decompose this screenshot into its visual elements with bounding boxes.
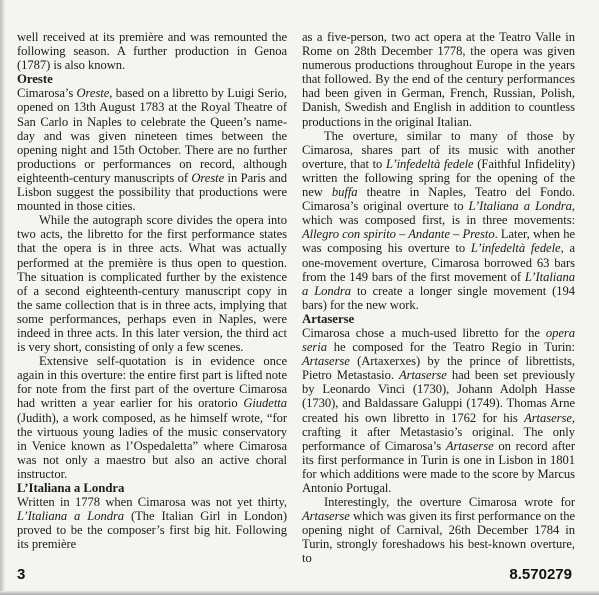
work-title: Giudetta	[243, 396, 287, 410]
text: Cimarosa chose a much-used libretto for …	[302, 326, 546, 340]
right-column: as a five-person, two act opera at the T…	[302, 30, 575, 566]
paragraph: While the autograph score divides the op…	[17, 213, 287, 354]
text: Interestingly, the overture Cimarosa wro…	[324, 495, 575, 509]
section-artaserse: Artaserse Cimarosa chose a much-used lib…	[302, 312, 575, 566]
work-title: Oreste	[191, 171, 224, 185]
section-heading-italiana: L’Italiana a Londra	[17, 481, 287, 495]
work-title: L’infedeltà fedele	[471, 241, 561, 255]
text: Written in 1778 when Cimarosa was not ye…	[17, 495, 287, 509]
paragraph: The overture, similar to many of those b…	[302, 129, 575, 312]
page-edge-shadow-left	[0, 0, 5, 595]
work-title: Artaserse	[302, 509, 350, 523]
work-title: Artaserse	[302, 354, 350, 368]
section-heading-artaserse: Artaserse	[302, 312, 575, 326]
section-italiana-a-londra: L’Italiana a Londra Written in 1778 when…	[17, 481, 287, 551]
paragraph: Written in 1778 when Cimarosa was not ye…	[17, 495, 287, 551]
term: buffa	[332, 185, 358, 199]
work-title: L’Italiana a Londra	[17, 509, 124, 523]
text: he composed for the Teatro Regio in Turi…	[327, 340, 575, 354]
paragraph: Interestingly, the overture Cimarosa wro…	[302, 495, 575, 565]
page-number: 3	[17, 566, 25, 583]
section-heading-oreste: Oreste	[17, 72, 287, 86]
text: (Judith), a work composed, as he himself…	[17, 411, 287, 481]
left-column: well received at its première and was re…	[17, 30, 287, 551]
continuation-paragraph: well received at its première and was re…	[17, 30, 287, 72]
work-title: L’infedeltà fedele	[386, 157, 474, 171]
work-title: Artaserse	[399, 368, 447, 382]
paragraph: Extensive self-quotation is in evidence …	[17, 354, 287, 481]
paragraph: Cimarosa chose a much-used libretto for …	[302, 326, 575, 495]
text: Cimarosa’s	[17, 86, 76, 100]
work-title: L’Italiana a Londra	[469, 199, 572, 213]
work-title: Oreste	[76, 86, 109, 100]
paragraph: Cimarosa’s Oreste, based on a libretto b…	[17, 86, 287, 213]
tempo-markings: Allegro con spirito – Andante – Presto	[302, 227, 495, 241]
section-oreste: Oreste Cimarosa’s Oreste, based on a lib…	[17, 72, 287, 481]
work-title: Artaserse	[524, 411, 572, 425]
work-title: Artaserse	[446, 439, 494, 453]
catalogue-number: 8.570279	[509, 566, 572, 583]
page-edge-shadow-bottom	[0, 591, 599, 595]
continuation-paragraph: as a five-person, two act opera at the T…	[302, 30, 575, 129]
